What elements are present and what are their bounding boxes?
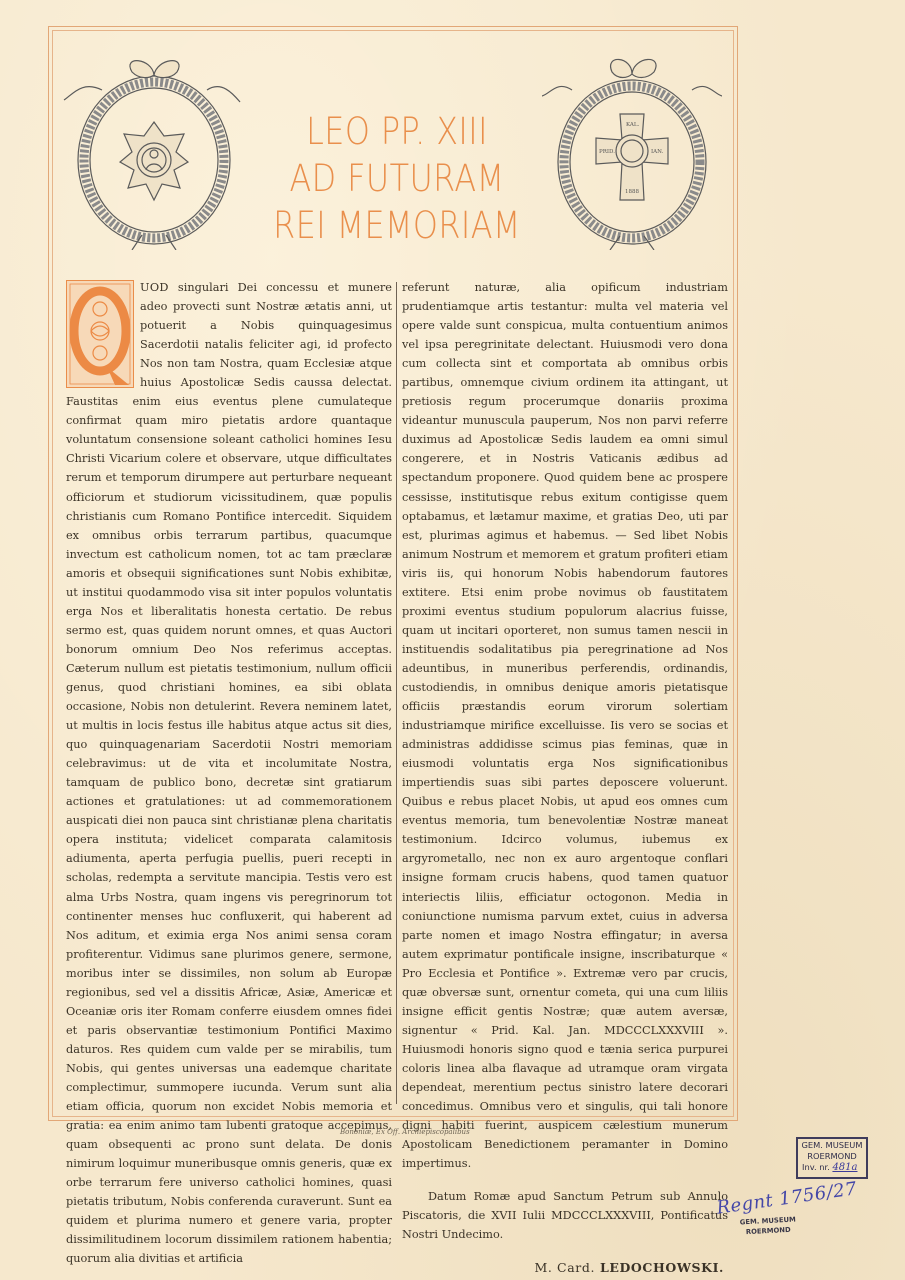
inventory-label: Inv. nr. xyxy=(802,1162,830,1172)
laurel-wreath-cross-icon: KAL. PRID. IAN. 1888 xyxy=(542,50,722,250)
dropcap-q-icon xyxy=(66,280,134,388)
dating-clause: Datum Romæ apud Sanctum Petrum sub Annul… xyxy=(402,1187,728,1244)
column-divider xyxy=(396,282,397,1104)
inventory-number: 481a xyxy=(832,1162,857,1173)
document-title: LEO PP. XIII AD FUTURAM REI MEMORIAM xyxy=(252,108,542,249)
right-column-text: referunt naturæ, alia opificum industria… xyxy=(402,278,728,1173)
left-column-text: singulari Dei concessu et munere adeo pr… xyxy=(66,281,392,1265)
body-paragraph-left: UOD singulari Dei concessu et munere ade… xyxy=(66,278,392,1268)
title-line-2: AD FUTURAM xyxy=(272,155,521,202)
signature-name: LEDOCHOWSKI. xyxy=(600,1260,724,1275)
lead-capitals: UOD xyxy=(140,281,169,294)
signature: M. Card. LEDOCHOWSKI. xyxy=(402,1258,728,1277)
museum-inventory-stamp: GEM. MUSEUM ROERMOND Inv. nr. 481a xyxy=(796,1137,868,1179)
title-line-3: REI MEMORIAM xyxy=(272,202,521,249)
svg-text:1888: 1888 xyxy=(625,189,639,195)
svg-text:IAN.: IAN. xyxy=(651,149,664,155)
stamp-line-2: ROERMOND xyxy=(799,1151,865,1162)
svg-text:KAL.: KAL. xyxy=(626,122,640,128)
signature-prefix: M. Card. xyxy=(535,1260,596,1275)
printer-imprint: Bononiæ, Ex Off. Archiepiscopalibus xyxy=(340,1128,470,1136)
laurel-wreath-medal-icon xyxy=(62,50,242,250)
stamp-inventory: Inv. nr. 481a xyxy=(799,1162,865,1173)
svg-text:PRID.: PRID. xyxy=(599,149,615,155)
stamp-line-1: GEM. MUSEUM xyxy=(799,1140,865,1151)
text-column-left: UOD singulari Dei concessu et munere ade… xyxy=(66,278,392,1268)
museum-small-stamp: GEM. MUSEUM ROERMOND xyxy=(740,1215,797,1238)
title-line-1: LEO PP. XIII xyxy=(272,108,521,155)
